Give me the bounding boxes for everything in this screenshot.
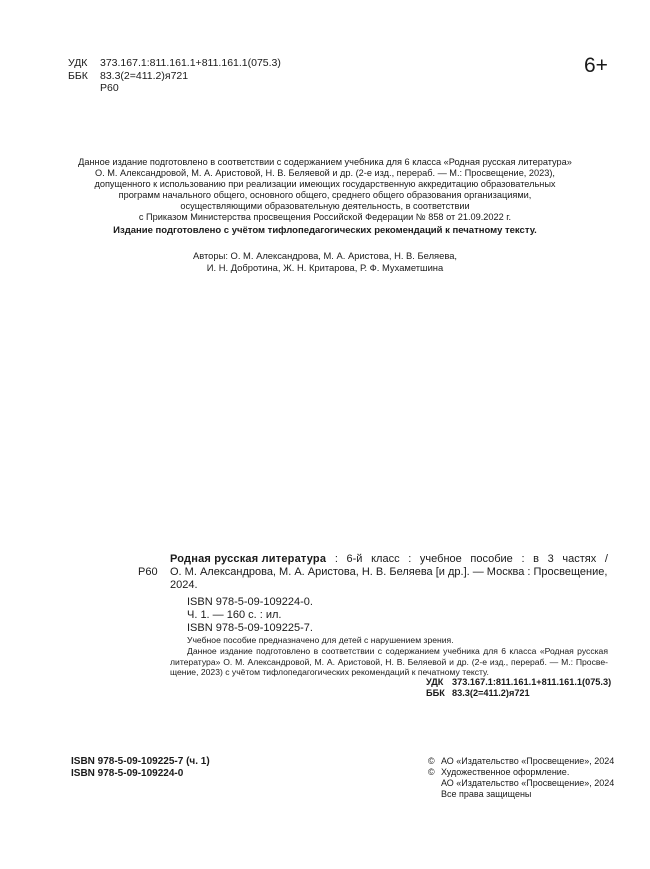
age-rating: 6+ [584, 55, 608, 77]
isbn-block: ISBN 978-5-09-109224-0. Ч. 1. — 160 с. :… [187, 596, 313, 635]
copyright-line: Художественное оформление. [441, 767, 569, 778]
copyright-line: АО «Издательство «Просвещение», 2024 [441, 756, 614, 767]
notice-line: осуществляющими образовательную деятельн… [40, 201, 610, 212]
bbk-row: ББК 83.3(2=411.2)я721 [68, 70, 281, 83]
annotation-line: Данное издание подготовлено в соответств… [170, 646, 608, 657]
volume-info: Ч. 1. — 160 с. : ил. [187, 609, 313, 622]
udk-label: УДК [68, 57, 100, 70]
bib-title-word: класс [371, 553, 399, 566]
book-title: Родная русская литература [170, 553, 326, 566]
bib-title-word: : [335, 553, 338, 566]
bbk-value: 83.3(2=411.2)я721 [100, 70, 188, 83]
rights-reserved: Все права защищены [428, 789, 614, 800]
classification-top: УДК 373.167.1:811.161.1+811.161.1(075.3)… [68, 57, 281, 95]
bib-line: 2024. [170, 579, 608, 592]
notice-line: с Приказом Министерства просвещения Росс… [40, 212, 610, 223]
bib-title-line: Родная русская литература :6-йкласс:учеб… [170, 553, 608, 566]
authors-line: Авторы: О. М. Александрова, М. А. Аристо… [40, 250, 610, 262]
notice-line: допущенного к использованию при реализац… [40, 179, 610, 190]
author-mark: Р60 [68, 82, 281, 95]
bib-title-word: 3 [548, 553, 554, 566]
copyright-line: АО «Издательство «Просвещение», 2024 [428, 778, 614, 789]
bib-title-word: 6-й [347, 553, 363, 566]
annotation-line: литература» О. М. Александровой, М. А. А… [170, 657, 608, 668]
notice-line: О. М. Александровой, М. А. Аристовой, Н.… [40, 168, 610, 179]
udk-value: 373.167.1:811.161.1+811.161.1(075.3) [452, 677, 611, 688]
bbk-label: ББК [68, 70, 100, 83]
bib-author-mark: Р60 [138, 566, 158, 578]
publication-notice: Данное издание подготовлено в соответств… [40, 157, 610, 223]
udk-value: 373.167.1:811.161.1+811.161.1(075.3) [100, 57, 281, 70]
copyright-row: © АО «Издательство «Просвещение», 2024 [428, 756, 614, 767]
isbn-line: ISBN 978-5-09-109224-0 [71, 768, 210, 780]
notice-line: программ начального общего, основного об… [40, 190, 610, 201]
isbn-part: ISBN 978-5-09-109225-7. [187, 622, 313, 635]
bib-line: О. М. Александрова, М. А. Аристова, Н. В… [170, 566, 608, 579]
udk-label: УДК [426, 677, 452, 688]
bib-title-word: учебное [420, 553, 462, 566]
isbn-general: ISBN 978-5-09-109224-0. [187, 596, 313, 609]
copyright-icon: © [428, 756, 441, 767]
isbn-bottom: ISBN 978-5-09-109225-7 (ч. 1) ISBN 978-5… [71, 756, 210, 780]
udk-row: УДК 373.167.1:811.161.1+811.161.1(075.3) [68, 57, 281, 70]
bbk-row: ББК 83.3(2=411.2)я721 [426, 688, 611, 699]
authors: Авторы: О. М. Александрова, М. А. Аристо… [40, 250, 610, 273]
bbk-label: ББК [426, 688, 452, 699]
bib-title-word: : [521, 553, 524, 566]
udk-row: УДК 373.167.1:811.161.1+811.161.1(075.3) [426, 677, 611, 688]
bib-title-word: : [408, 553, 411, 566]
notice-line: Данное издание подготовлено в соответств… [40, 157, 610, 168]
annotation-details: Данное издание подготовлено в соответств… [170, 646, 608, 678]
bibliographic-record: Родная русская литература :6-йкласс:учеб… [170, 553, 608, 592]
bib-title-word: частях [562, 553, 596, 566]
bib-title-word: пособие [470, 553, 512, 566]
annotation-line: щение, 2023) с учётом тифлопедагогически… [170, 667, 608, 678]
copyright-row: © Художественное оформление. [428, 767, 614, 778]
bib-title-word: в [533, 553, 539, 566]
authors-line: И. Н. Добротина, Ж. Н. Критарова, Р. Ф. … [40, 262, 610, 274]
classification-bottom: УДК 373.167.1:811.161.1+811.161.1(075.3)… [426, 677, 611, 699]
tiflo-note: Издание подготовлено с учётом тифлопедаг… [40, 225, 610, 236]
isbn-line: ISBN 978-5-09-109225-7 (ч. 1) [71, 756, 210, 768]
annotation: Учебное пособие предназначено для детей … [187, 635, 454, 646]
copyright-block: © АО «Издательство «Просвещение», 2024 ©… [428, 756, 614, 800]
bib-title-word: / [605, 553, 608, 566]
bbk-value: 83.3(2=411.2)я721 [452, 688, 530, 699]
copyright-icon: © [428, 767, 441, 778]
